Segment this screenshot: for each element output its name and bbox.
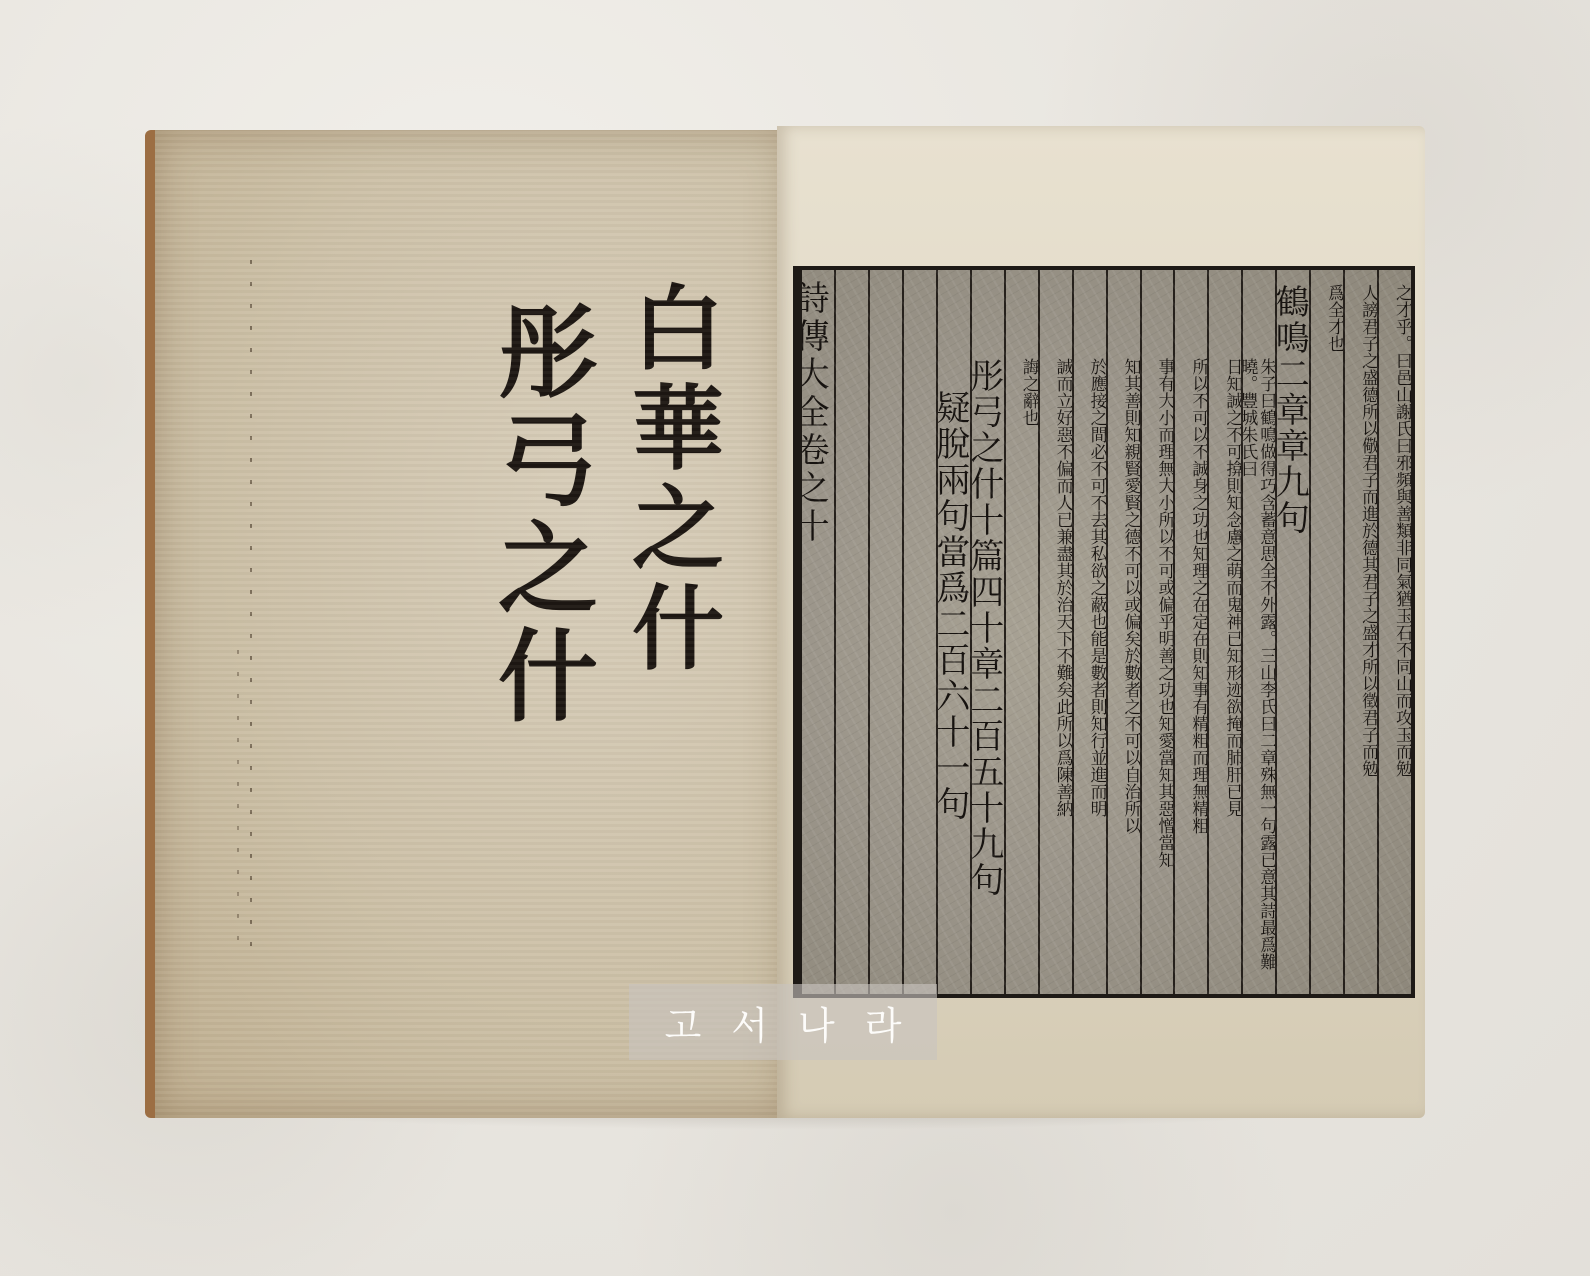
blank-column <box>902 270 936 994</box>
handwritten-title-2: 彤弓之什 <box>490 300 590 732</box>
woodblock-print-area: 之才乎。曰邑山謝氏曰邪頻與善類非同氣猶玉石不同山而攻玉而勉 人謗君子之盛德所以儆… <box>793 266 1415 998</box>
volume-end-title: 詩傳大全卷之十 <box>802 270 834 994</box>
watermark-text: 고서나라 <box>635 995 932 1050</box>
section-note-column: 疑脫兩句當爲二百六十一句 <box>936 270 970 994</box>
blank-column <box>834 270 868 994</box>
watermark: 고서나라 <box>629 984 937 1060</box>
text-column: 人謗君子之盛德所以儆君子而進於德其君子之盛才所以徵君子而勉 <box>1343 270 1377 994</box>
handwritten-title-1: 白華之什 <box>625 280 717 680</box>
binding-stitch-marks <box>250 260 252 960</box>
printed-page: 之才乎。曰邑山謝氏曰邪頻與善類非同氣猶玉石不同山而攻玉而勉 人謗君子之盛德所以儆… <box>777 126 1425 1118</box>
text-column: 朱子曰鶴鳴做得巧含蓄意思全不外露。三山李氏曰二章殊無一句露已意其詩最爲難曉。豐城… <box>1241 270 1275 994</box>
text-column: 日知誠之不可揜則知念慮之萌而鬼神已知形迹欲掩而肺肝已見 <box>1207 270 1241 994</box>
text-column: 之才乎。曰邑山謝氏曰邪頻與善類非同氣猶玉石不同山而攻玉而勉 <box>1377 270 1411 994</box>
text-columns: 之才乎。曰邑山謝氏曰邪頻與善類非同氣猶玉石不同山而攻玉而勉 人謗君子之盛德所以儆… <box>802 270 1411 994</box>
binding-stitch-marks <box>237 650 239 950</box>
text-column: 誨之辭也 <box>1004 270 1038 994</box>
text-column: 事有大小而理無大小所以不可或偏乎明善之功也知愛當知其惡憎當知 <box>1140 270 1174 994</box>
section-summary-column: 彤弓之什十篇四十章二百五十九句 <box>970 270 1004 994</box>
open-book: 白華之什 彤弓之什 之才乎。曰邑山謝氏曰邪頻與善類非同氣猶玉石不同山而攻玉而勉 … <box>145 126 1425 1118</box>
text-column: 知其善則知親賢愛賢之德不可以或偏矣於數者之不可以自治所以 <box>1106 270 1140 994</box>
chapter-count-column: 鶴鳴二章章九句 <box>1275 270 1309 994</box>
cover-page: 白華之什 彤弓之什 <box>145 130 787 1118</box>
text-column: 誠而立好惡不偏而人已兼盡其於治天下不難矣此所以爲陳善納 <box>1038 270 1072 994</box>
blank-column <box>868 270 902 994</box>
text-column: 於應接之間必不可不去其私欲之蔽也能是數者則知行並進而明 <box>1072 270 1106 994</box>
text-column: 爲全才也 <box>1309 270 1343 994</box>
text-column: 所以不可以不誠身之功也知理之在定在則知事有精粗而理無精粗 <box>1173 270 1207 994</box>
